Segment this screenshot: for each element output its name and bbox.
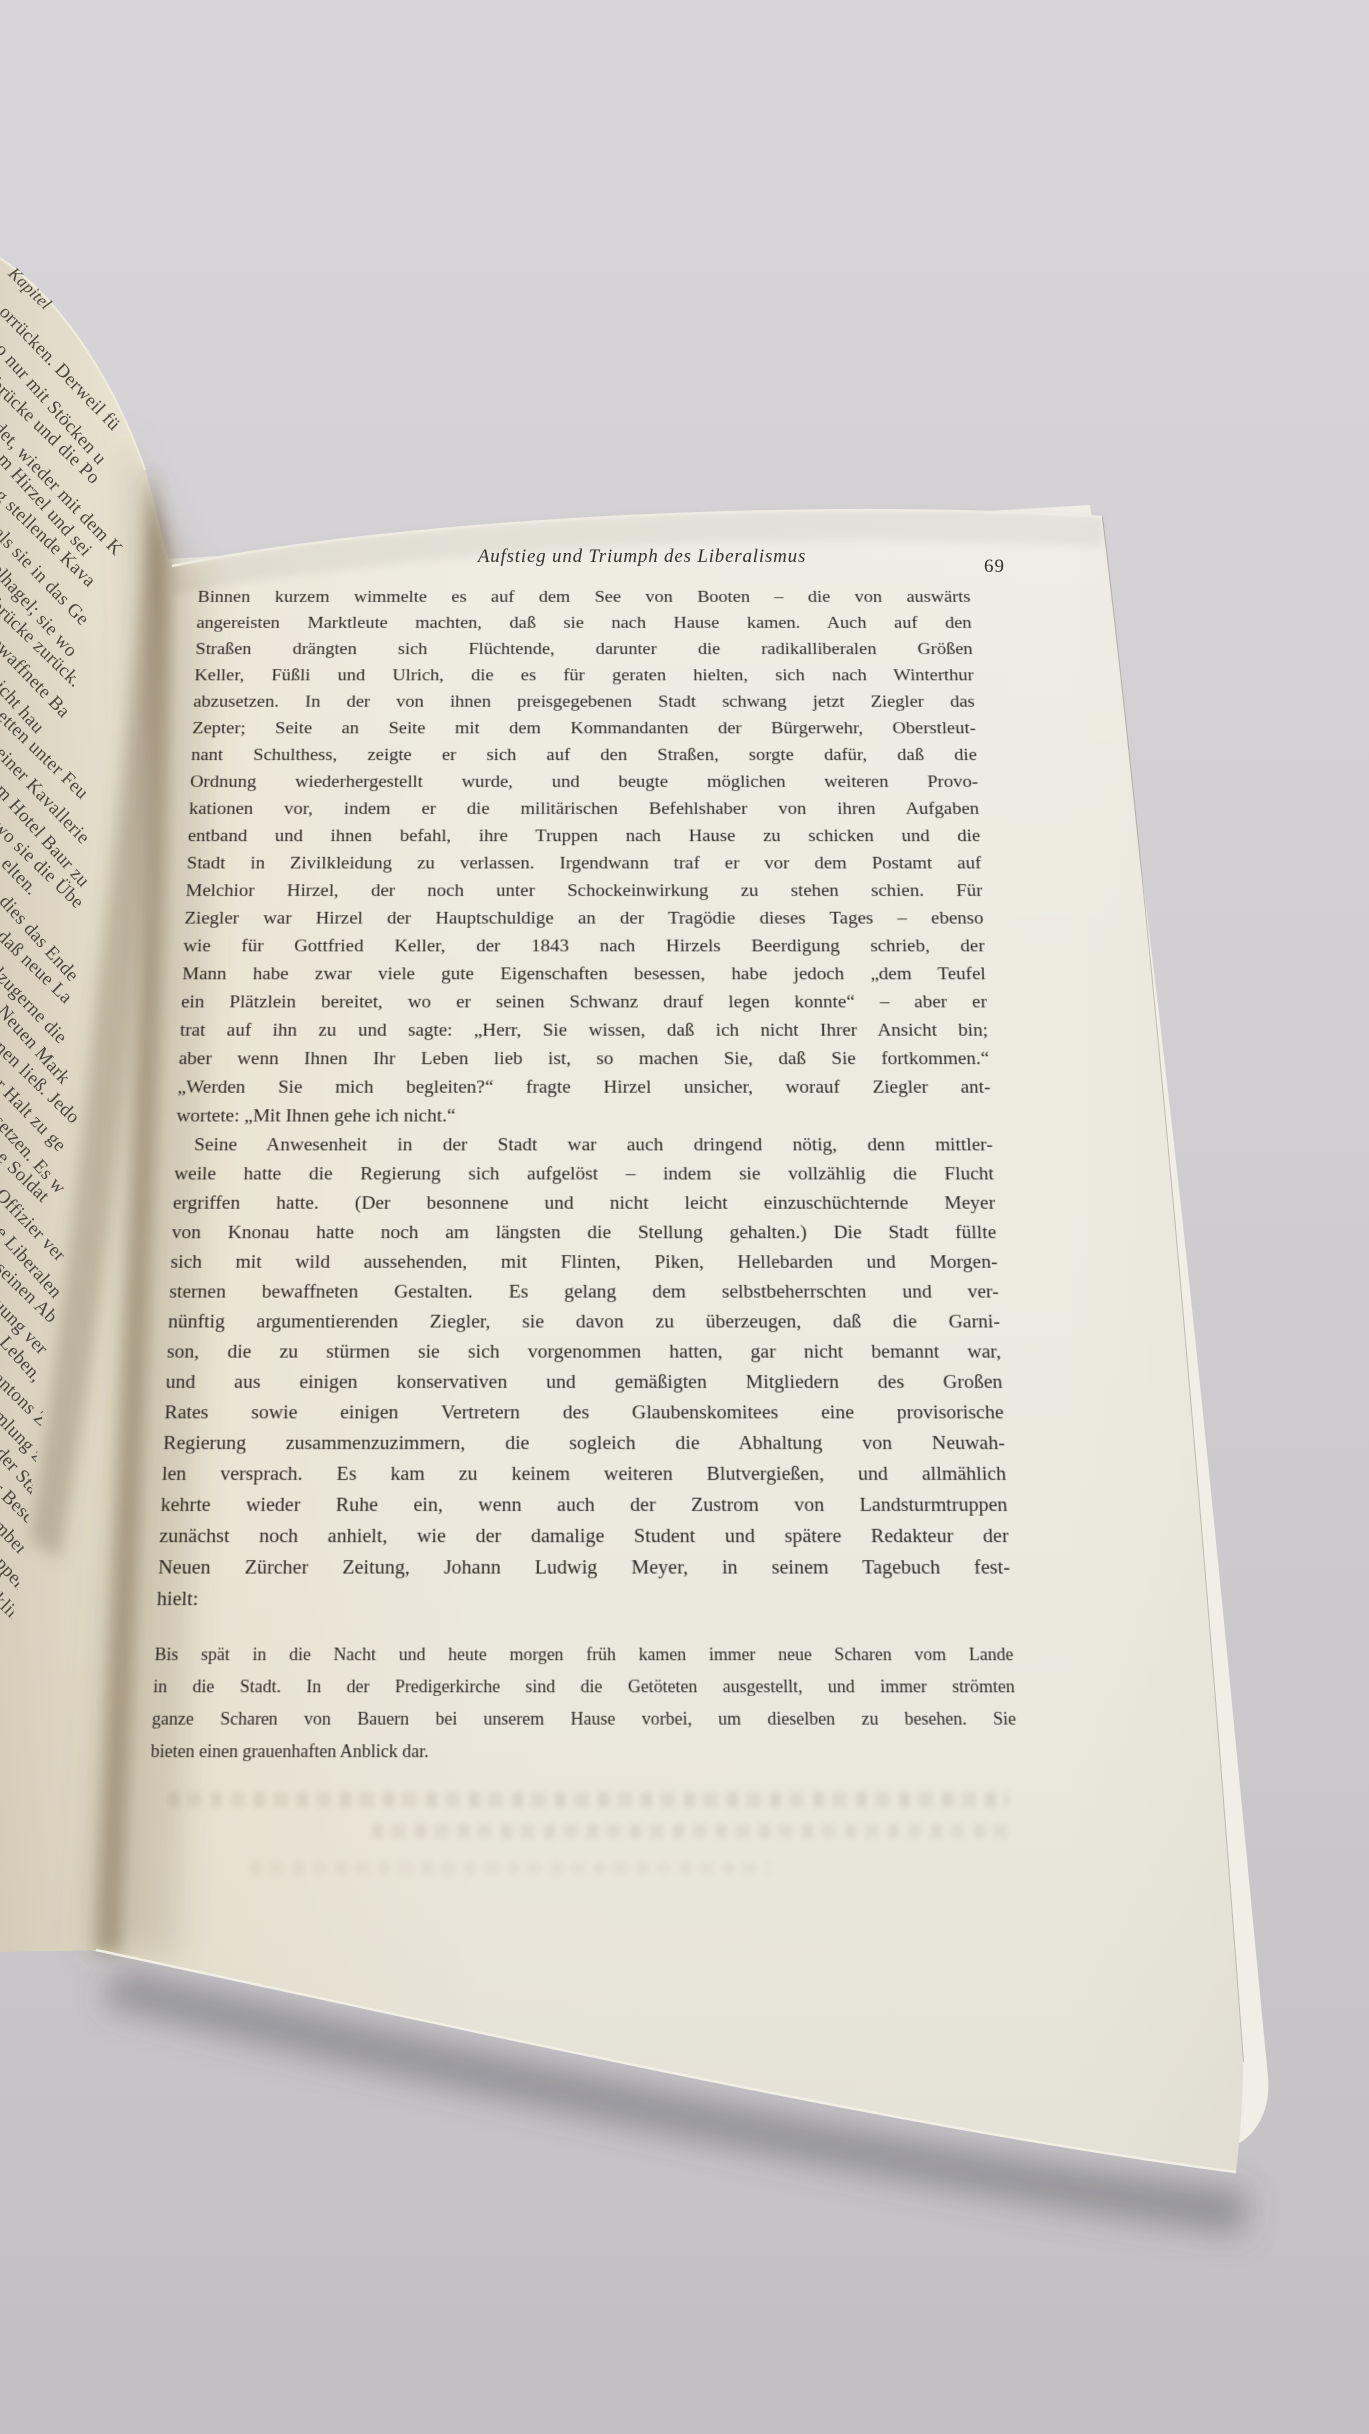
text-line: Binnen kurzem wimmelte es auf dem See vo…: [197, 585, 971, 611]
text-line: bieten einen grauenhaften Anblick dar.: [150, 1735, 1018, 1768]
text-line: Mann habe zwar viele gute Eigenschaften …: [182, 961, 987, 989]
paragraph: Seine Anwesenheit in der Stadt war auch …: [156, 1131, 1012, 1616]
text-line: Ziegler war Hirzel der Hauptschuldige an…: [184, 905, 984, 933]
running-header: Aufstieg und Triumph des Liberalismus: [292, 546, 992, 568]
open-book-photo: Kapitelorrücken. Derweil füo nur mit Stö…: [0, 0, 1369, 2434]
ink-showthrough: [250, 1862, 770, 1874]
text-line: ergriffen hatte. (Der besonnene und nich…: [172, 1189, 995, 1218]
text-line: zunächst noch anhielt, wie der damalige …: [159, 1521, 1009, 1552]
text-line: und aus einigen konservativen und gemäßi…: [165, 1368, 1003, 1398]
text-line: kehrte wieder Ruhe ein, wenn auch der Zu…: [160, 1490, 1008, 1521]
text-line: Ordnung wiederhergestellt wurde, und beu…: [190, 769, 979, 796]
text-line: weile hatte die Regierung sich aufgelöst…: [174, 1160, 995, 1189]
text-line: hielt:: [156, 1584, 1012, 1616]
text-line: nant Schulthess, zeigte er sich auf den …: [191, 742, 978, 769]
text-line: „Werden Sie mich begleiten?“ fragte Hirz…: [177, 1074, 991, 1103]
text-line: Neuen Zürcher Zeitung, Johann Ludwig Mey…: [157, 1553, 1010, 1584]
text-line: sternen bewaffneten Gestalten. Es gelang…: [169, 1278, 1000, 1308]
text-line: Straßen drängten sich Flüchtende, darunt…: [195, 637, 973, 663]
ink-showthrough: [168, 1792, 1010, 1807]
text-line: Melchior Hirzel, der noch unter Schockei…: [185, 878, 983, 906]
text-line: sich mit wild aussehenden, mit Flinten, …: [170, 1248, 998, 1278]
text-line: angereisten Marktleute machten, daß sie …: [196, 611, 972, 637]
page-number: 69: [984, 556, 1005, 578]
text-line: Regierung zusammenzuzimmern, die sogleic…: [163, 1429, 1006, 1460]
text-line: ein Plätzlein bereitet, wo er seinen Sch…: [181, 989, 988, 1017]
page-body-text: Binnen kurzem wimmelte es auf dem See vo…: [150, 585, 1018, 1768]
text-line: ganze Scharen von Bauern bei unserem Hau…: [151, 1703, 1016, 1735]
ink-showthrough: [372, 1824, 1012, 1838]
text-line: Bis spät in die Nacht und heute morgen f…: [154, 1639, 1014, 1671]
text-line: Seine Anwesenheit in der Stadt war auch …: [175, 1131, 994, 1160]
paragraph: Binnen kurzem wimmelte es auf dem See vo…: [176, 585, 992, 1131]
text-line: entband und ihnen befahl, ihre Truppen n…: [187, 823, 980, 850]
text-line: nünftig argumentierenden Ziegler, sie da…: [168, 1307, 1001, 1337]
text-line: aber wenn Ihnen Ihr Leben lieb ist, so m…: [178, 1045, 990, 1073]
text-line: wortete: „Mit Ihnen gehe ich nicht.“: [176, 1102, 992, 1131]
text-line: abzusetzen. In der von ihnen preisgegebe…: [193, 689, 975, 715]
text-line: Zepter; Seite an Seite mit dem Kommandan…: [192, 716, 977, 743]
text-line: trat auf ihn zu und sagte: „Herr, Sie wi…: [179, 1017, 988, 1045]
text-line: Keller, Füßli und Ulrich, die es für ger…: [194, 663, 974, 689]
text-line: wie für Gottfried Keller, der 1843 nach …: [183, 933, 985, 961]
text-line: son, die zu stürmen sie sich vorgenommen…: [166, 1338, 1001, 1368]
text-line: len versprach. Es kam zu keinem weiteren…: [161, 1459, 1006, 1490]
text-line: in die Stadt. In der Predigerkirche sind…: [153, 1671, 1016, 1703]
block-quote: Bis spät in die Nacht und heute morgen f…: [150, 1639, 1018, 1768]
text-line: Stadt in Zivilkleidung zu verlassen. Irg…: [186, 850, 982, 877]
text-line: kationen vor, indem er die militärischen…: [188, 796, 979, 823]
text-line: Rates sowie einigen Vertretern des Glaub…: [164, 1398, 1004, 1429]
text-line: von Knonau hatte noch am längsten die St…: [171, 1219, 997, 1248]
